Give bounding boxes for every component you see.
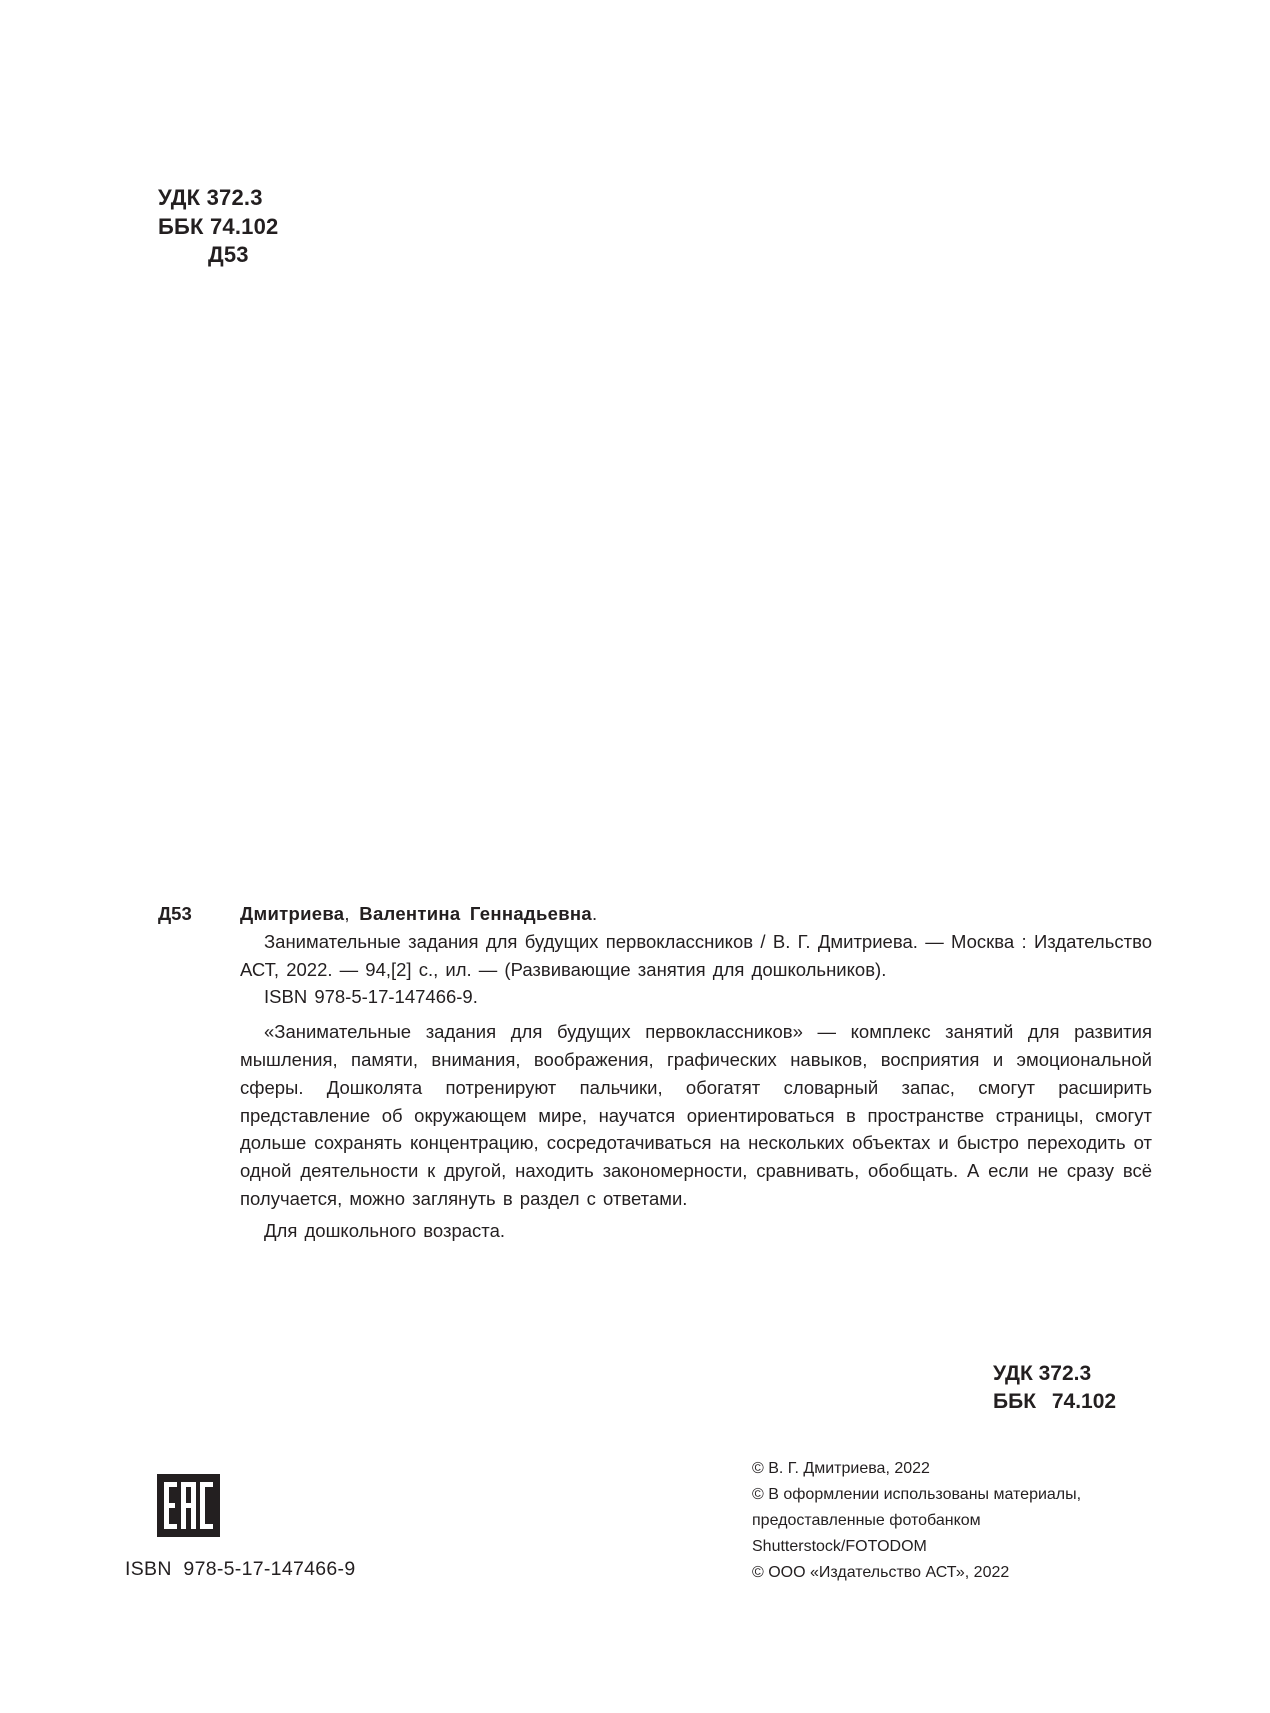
right-udk-value: 372.3: [1039, 1362, 1092, 1385]
top-udk-code: УДК 372.3: [158, 184, 278, 213]
top-classification: УДК 372.3 ББК 74.102 Д53: [158, 184, 278, 270]
right-udk: УДК 372.3: [993, 1360, 1116, 1388]
copyright-line: © ООО «Издательство АСТ», 2022: [752, 1560, 1081, 1586]
top-cutter-code: Д53: [158, 241, 278, 270]
copyright-block: © В. Г. Дмитриева, 2022 © В оформлении и…: [752, 1456, 1081, 1586]
card-isbn: ISBN 978-5-17-147466-9.: [240, 983, 1152, 1011]
top-bbk-code: ББК 74.102: [158, 213, 278, 242]
audience-note: Для дошкольного возраста.: [240, 1217, 1152, 1245]
catalog-card-body: Занимательные задания для будущих первок…: [240, 928, 1152, 1245]
copyright-line: © В. Г. Дмитриева, 2022: [752, 1456, 1081, 1482]
right-classification: УДК 372.3 ББК 74.102: [993, 1360, 1116, 1416]
right-bbk-label: ББК: [993, 1390, 1036, 1413]
right-bbk-value: 74.102: [1042, 1390, 1116, 1413]
catalog-card-heading: Д53 Дмитриева, Валентина Геннадьевна.: [158, 900, 1152, 928]
right-udk-label: УДК: [993, 1362, 1033, 1385]
card-cutter-code: Д53: [158, 900, 240, 928]
bibliographic-description: Занимательные задания для будущих первок…: [240, 928, 1152, 984]
copyright-line: Shutterstock/FOTODOM: [752, 1534, 1081, 1560]
author-given-name: Валентина Геннадьевна: [359, 903, 592, 924]
copyright-line: © В оформлении использованы материалы,: [752, 1482, 1081, 1508]
author-name: Дмитриева, Валентина Геннадьевна.: [240, 900, 597, 928]
isbn-bottom: ISBN 978-5-17-147466-9: [125, 1558, 356, 1581]
author-surname: Дмитриева: [240, 903, 344, 924]
annotation: «Занимательные задания для будущих перво…: [240, 1018, 1152, 1213]
copyright-line: предоставленные фотобанком: [752, 1508, 1081, 1534]
catalog-card: Д53 Дмитриева, Валентина Геннадьевна. За…: [158, 900, 1152, 1245]
right-bbk: ББК 74.102: [993, 1388, 1116, 1416]
eac-certification-icon: [157, 1474, 220, 1537]
